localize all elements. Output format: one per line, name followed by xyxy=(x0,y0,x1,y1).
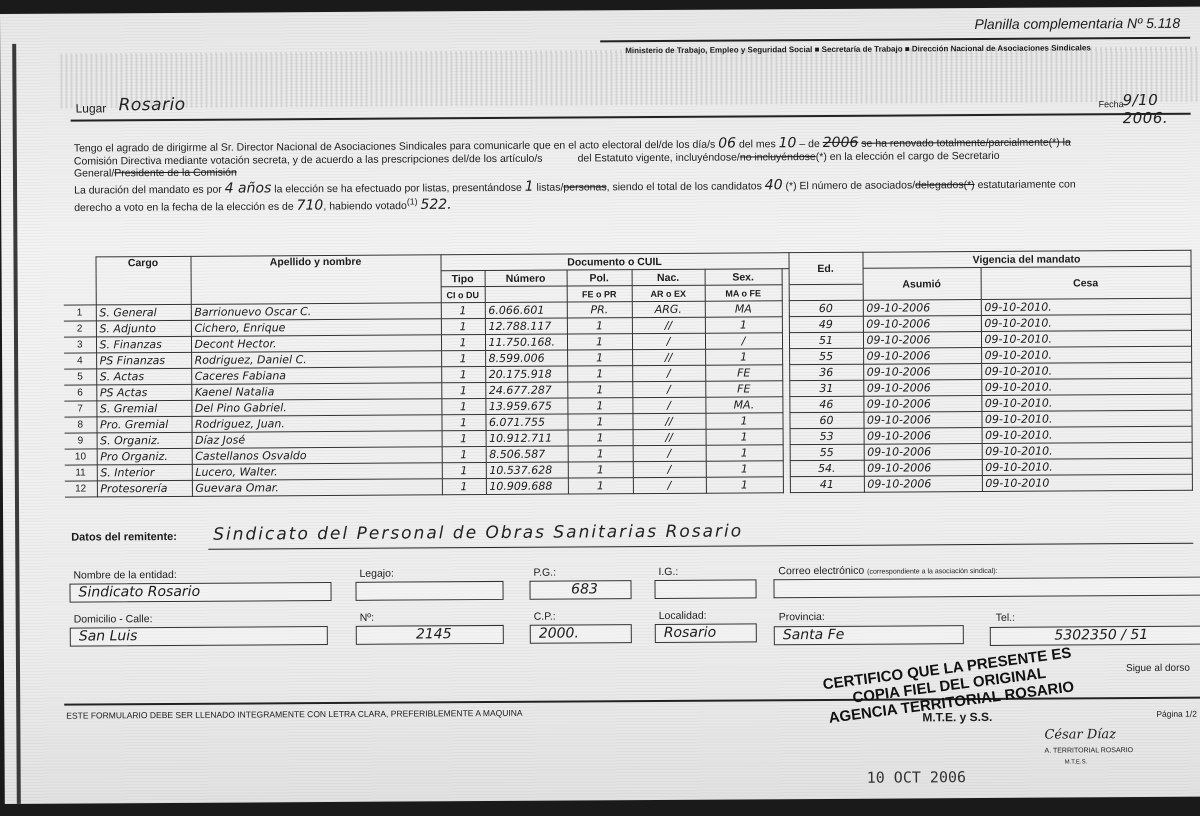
cell-cesa: 09-10-2010. xyxy=(981,362,1191,379)
signature-title: A. TERRITORIAL ROSARIO xyxy=(1045,747,1134,755)
cell-asumio: 09-10-2006 xyxy=(863,412,981,429)
signature: César Díaz xyxy=(1044,727,1116,742)
cell-sex: FE xyxy=(705,381,782,397)
cell-asumio: 09-10-2006 xyxy=(863,316,981,333)
stamp-agency: M.T.E. y S.S. xyxy=(922,710,992,724)
cell-asumio: 09-10-2006 xyxy=(863,300,981,317)
col-pol: Pol. xyxy=(567,270,632,286)
lugar-label: Lugar xyxy=(76,101,107,115)
cell-sex: FE xyxy=(705,365,782,381)
remitente-value: Sindicato del Personal de Obras Sanitari… xyxy=(213,521,743,544)
cell-numero: 12.788.117 xyxy=(485,318,567,335)
cell-ed: 46 xyxy=(789,396,863,412)
cell-cesa: 09-10-2010. xyxy=(982,426,1192,443)
election-year: 2006 xyxy=(823,135,859,151)
legajo-field[interactable] xyxy=(355,581,503,601)
cell-cargo: S. Gremial xyxy=(96,400,191,417)
col-cesa: Cesa xyxy=(981,266,1191,299)
col-ed: Ed. xyxy=(788,252,862,284)
cell-numero: 6.066.601 xyxy=(485,302,567,319)
cell-tipo: 1 xyxy=(441,351,485,367)
cell-cesa: 09-10-2010. xyxy=(981,346,1191,363)
cell-nac: / xyxy=(633,477,706,493)
cell-ed: 51 xyxy=(789,332,863,348)
scan-edge xyxy=(12,44,21,804)
cell-numero: 10.912.711 xyxy=(486,430,568,447)
cell-cargo: Pro. Gremial xyxy=(96,416,191,433)
row-number: 2 xyxy=(64,321,96,337)
cell-sex: 1 xyxy=(705,413,782,429)
fecha-label: Fecha xyxy=(1099,99,1124,109)
cell-numero: 8.599.006 xyxy=(485,350,567,367)
cell-nac: // xyxy=(632,317,705,333)
candidates-rows: 1S. GeneralBarrionuevo Oscar C.16.066.60… xyxy=(64,298,1192,497)
cell-sex: 1 xyxy=(706,461,783,477)
cell-nombre: Rodriguez, Juan. xyxy=(191,415,441,433)
row-number: 4 xyxy=(64,353,96,369)
correo-field[interactable] xyxy=(773,577,1200,599)
cell-ed: 60 xyxy=(789,300,863,316)
cell-nac: ARG. xyxy=(632,301,705,317)
cell-tipo: 1 xyxy=(442,447,486,463)
cell-pol: 1 xyxy=(567,350,632,366)
cell-sex: 1 xyxy=(706,429,783,445)
cell-tipo: 1 xyxy=(441,367,485,383)
cell-nombre: Rodriguez, Daniel C. xyxy=(191,351,441,369)
cell-numero: 8.506.587 xyxy=(486,446,568,463)
fecha-value: 9/10 2006. xyxy=(1122,91,1200,127)
cell-tipo: 1 xyxy=(442,463,486,479)
page-number: Página 1/2 xyxy=(1156,709,1197,719)
cell-numero: 24.677.287 xyxy=(485,382,567,399)
cell-nac: // xyxy=(632,413,705,429)
row-number: 9 xyxy=(65,433,97,449)
candidatos-count: 40 xyxy=(765,177,783,193)
nombre-entidad-field[interactable]: Sindicato Rosario xyxy=(69,582,331,603)
cell-asumio: 09-10-2006 xyxy=(864,476,982,493)
cell-nombre: Lucero, Walter. xyxy=(192,463,442,481)
pg-field[interactable]: 683 xyxy=(529,580,631,600)
form-title: Planilla complementaria Nº 5.118 xyxy=(974,15,1180,32)
cell-cargo: S. Adjunto xyxy=(96,320,191,337)
cell-nac: / xyxy=(633,461,706,477)
cell-cesa: 09-10-2010. xyxy=(982,442,1192,459)
cell-cesa: 09-10-2010. xyxy=(981,314,1191,331)
cell-nombre: Del Pino Gabriel. xyxy=(191,399,441,417)
ig-field[interactable] xyxy=(654,579,756,599)
cell-numero: 6.071.755 xyxy=(485,414,567,431)
cell-ed: 53 xyxy=(790,428,864,444)
cell-pol: 1 xyxy=(567,398,632,414)
cell-sex: 1 xyxy=(705,349,782,365)
row-number: 7 xyxy=(64,401,96,417)
cell-cesa: 09-10-2010. xyxy=(981,394,1191,411)
election-month: 10 xyxy=(779,135,797,151)
cell-nac: / xyxy=(632,365,705,381)
cell-ed: 55 xyxy=(789,348,863,364)
cell-nac: / xyxy=(633,445,706,461)
cell-numero: 20.175.918 xyxy=(485,366,567,383)
cell-tipo: 1 xyxy=(441,303,485,319)
row-number: 3 xyxy=(64,337,96,353)
cell-tipo: 1 xyxy=(441,319,485,335)
mandate-duration: 4 años xyxy=(225,180,272,196)
cell-ed: 36 xyxy=(789,364,863,380)
cell-ed: 60 xyxy=(789,412,863,428)
row-number: 1 xyxy=(64,305,96,321)
cell-tipo: 1 xyxy=(441,399,485,415)
cell-nombre: Díaz José xyxy=(192,431,442,449)
cell-numero: 10.909.688 xyxy=(486,478,568,495)
cell-nombre: Guevara Omar. xyxy=(192,479,442,497)
cell-nombre: Caceres Fabiana xyxy=(191,367,441,385)
cell-cargo: S. Organiz. xyxy=(97,432,192,449)
cell-cargo: Pro Organiz. xyxy=(97,448,192,465)
cell-pol: 1 xyxy=(567,318,632,334)
cell-sex: 1 xyxy=(706,477,783,493)
cp-field[interactable]: 2000. xyxy=(530,624,632,644)
col-apellido: Apellido y nombre xyxy=(190,255,440,305)
provincia-field[interactable]: Santa Fe xyxy=(774,625,964,645)
cell-sex: 1 xyxy=(705,317,782,333)
remitente-label: Datos del remitente: xyxy=(71,531,177,544)
col-tipo: Tipo xyxy=(441,271,485,287)
cell-pol: 1 xyxy=(568,478,633,494)
cell-nac: // xyxy=(632,349,705,365)
col-numero: Número xyxy=(485,270,567,287)
cell-tipo: 1 xyxy=(441,383,485,399)
cell-pol: 1 xyxy=(568,462,633,478)
cell-cargo: S. General xyxy=(96,304,191,321)
cell-ed: 54. xyxy=(790,460,864,476)
cell-asumio: 09-10-2006 xyxy=(864,428,982,445)
cell-pol: 1 xyxy=(568,430,633,446)
cell-nac: / xyxy=(632,397,705,413)
cell-tipo: 1 xyxy=(442,431,486,447)
cell-pol: PR. xyxy=(567,302,632,318)
cell-cesa: 09-10-2010 xyxy=(982,474,1192,491)
cell-sex: / xyxy=(705,333,782,349)
calle-field[interactable]: San Luis xyxy=(70,626,328,647)
scan-artifact xyxy=(60,47,1200,109)
paragraph-mandate: La duración del mandato es por 4 años la… xyxy=(74,177,1184,214)
asociados-count: 710 xyxy=(297,197,324,213)
listas-count: 1 xyxy=(525,179,534,195)
cell-asumio: 09-10-2006 xyxy=(863,364,981,381)
cell-pol: 1 xyxy=(567,366,632,382)
cell-pol: 1 xyxy=(567,334,632,350)
cell-asumio: 09-10-2006 xyxy=(863,380,981,397)
cell-nac: / xyxy=(632,381,705,397)
cell-cargo: S. Interior xyxy=(97,464,192,481)
cell-cargo: PS Actas xyxy=(96,384,191,401)
cell-nombre: Kaenel Natalia xyxy=(191,383,441,401)
cell-cesa: 09-10-2010. xyxy=(981,330,1191,347)
cell-nombre: Cichero, Enrique xyxy=(191,319,441,337)
row-number: 5 xyxy=(64,369,96,385)
votado-count: 522. xyxy=(420,196,451,212)
paragraph-election: Tengo el agrado de dirigirme al Sr. Dire… xyxy=(74,135,1184,180)
row-number: 10 xyxy=(65,449,97,465)
cell-pol: 1 xyxy=(567,382,632,398)
cell-nombre: Castellanos Osvaldo xyxy=(192,447,442,465)
cell-asumio: 09-10-2006 xyxy=(864,444,982,461)
cell-pol: 1 xyxy=(568,446,633,462)
cell-tipo: 1 xyxy=(441,415,485,431)
row-number: 12 xyxy=(65,481,97,497)
cell-asumio: 09-10-2006 xyxy=(863,348,981,365)
cell-cargo: Protesorería xyxy=(97,480,192,497)
divider xyxy=(600,37,1190,43)
col-asumio: Asumió xyxy=(863,268,981,301)
numero-field[interactable]: 2145 xyxy=(356,625,504,645)
cell-nombre: Decont Hector. xyxy=(191,335,441,353)
row-number: 6 xyxy=(64,385,96,401)
cell-cargo: PS Finanzas xyxy=(96,352,191,369)
col-cargo: Cargo xyxy=(95,256,190,305)
cell-nombre: Barrionuevo Oscar C. xyxy=(191,303,441,321)
cell-sex: MA xyxy=(705,301,782,317)
col-nac: Nac. xyxy=(632,269,705,285)
row-number: 8 xyxy=(64,417,96,433)
localidad-field[interactable]: Rosario xyxy=(655,623,757,643)
date-stamp: 10 OCT 2006 xyxy=(867,768,966,787)
cell-numero: 13.959.675 xyxy=(485,398,567,415)
cell-tipo: 1 xyxy=(442,479,486,495)
cell-numero: 10.537.628 xyxy=(486,462,568,479)
cell-cesa: 09-10-2010. xyxy=(981,378,1191,395)
cell-cesa: 09-10-2010. xyxy=(982,458,1192,475)
cell-cargo: S. Actas xyxy=(96,368,191,385)
cell-tipo: 1 xyxy=(441,335,485,351)
cell-numero: 11.750.168. xyxy=(485,334,567,351)
cell-cesa: 09-10-2010. xyxy=(981,410,1191,427)
candidates-table: Cargo Apellido y nombre Documento o CUIL… xyxy=(63,250,1192,498)
footer-note: ESTE FORMULARIO DEBE SER LLENADO INTEGRA… xyxy=(66,708,522,721)
cell-ed: 49 xyxy=(789,316,863,332)
cell-cargo: S. Finanzas xyxy=(96,336,191,353)
cell-nac: / xyxy=(632,333,705,349)
sigue-al-dorso: Sigue al dorso xyxy=(1126,663,1190,674)
cell-sex: MA. xyxy=(705,397,782,413)
cell-ed: 55 xyxy=(790,444,864,460)
cell-sex: 1 xyxy=(706,445,783,461)
cell-ed: 41 xyxy=(790,476,864,492)
cell-pol: 1 xyxy=(567,414,632,430)
cell-asumio: 09-10-2006 xyxy=(863,396,981,413)
divider xyxy=(71,113,1191,121)
signature-org: M.T.E.S. xyxy=(1065,759,1088,765)
form-page: Planilla complementaria Nº 5.118 Ministe… xyxy=(0,7,1200,804)
cell-nac: // xyxy=(633,429,706,445)
cell-asumio: 09-10-2006 xyxy=(864,460,982,477)
lugar-value: Rosario xyxy=(118,95,185,115)
cell-ed: 31 xyxy=(789,380,863,396)
cell-asumio: 09-10-2006 xyxy=(863,332,981,349)
cell-cesa: 09-10-2010. xyxy=(981,298,1191,315)
row-number: 11 xyxy=(65,465,97,481)
election-day: 06 xyxy=(718,136,736,152)
tel-field[interactable]: 5302350 / 51 xyxy=(990,626,1200,646)
col-sex: Sex. xyxy=(705,269,782,285)
